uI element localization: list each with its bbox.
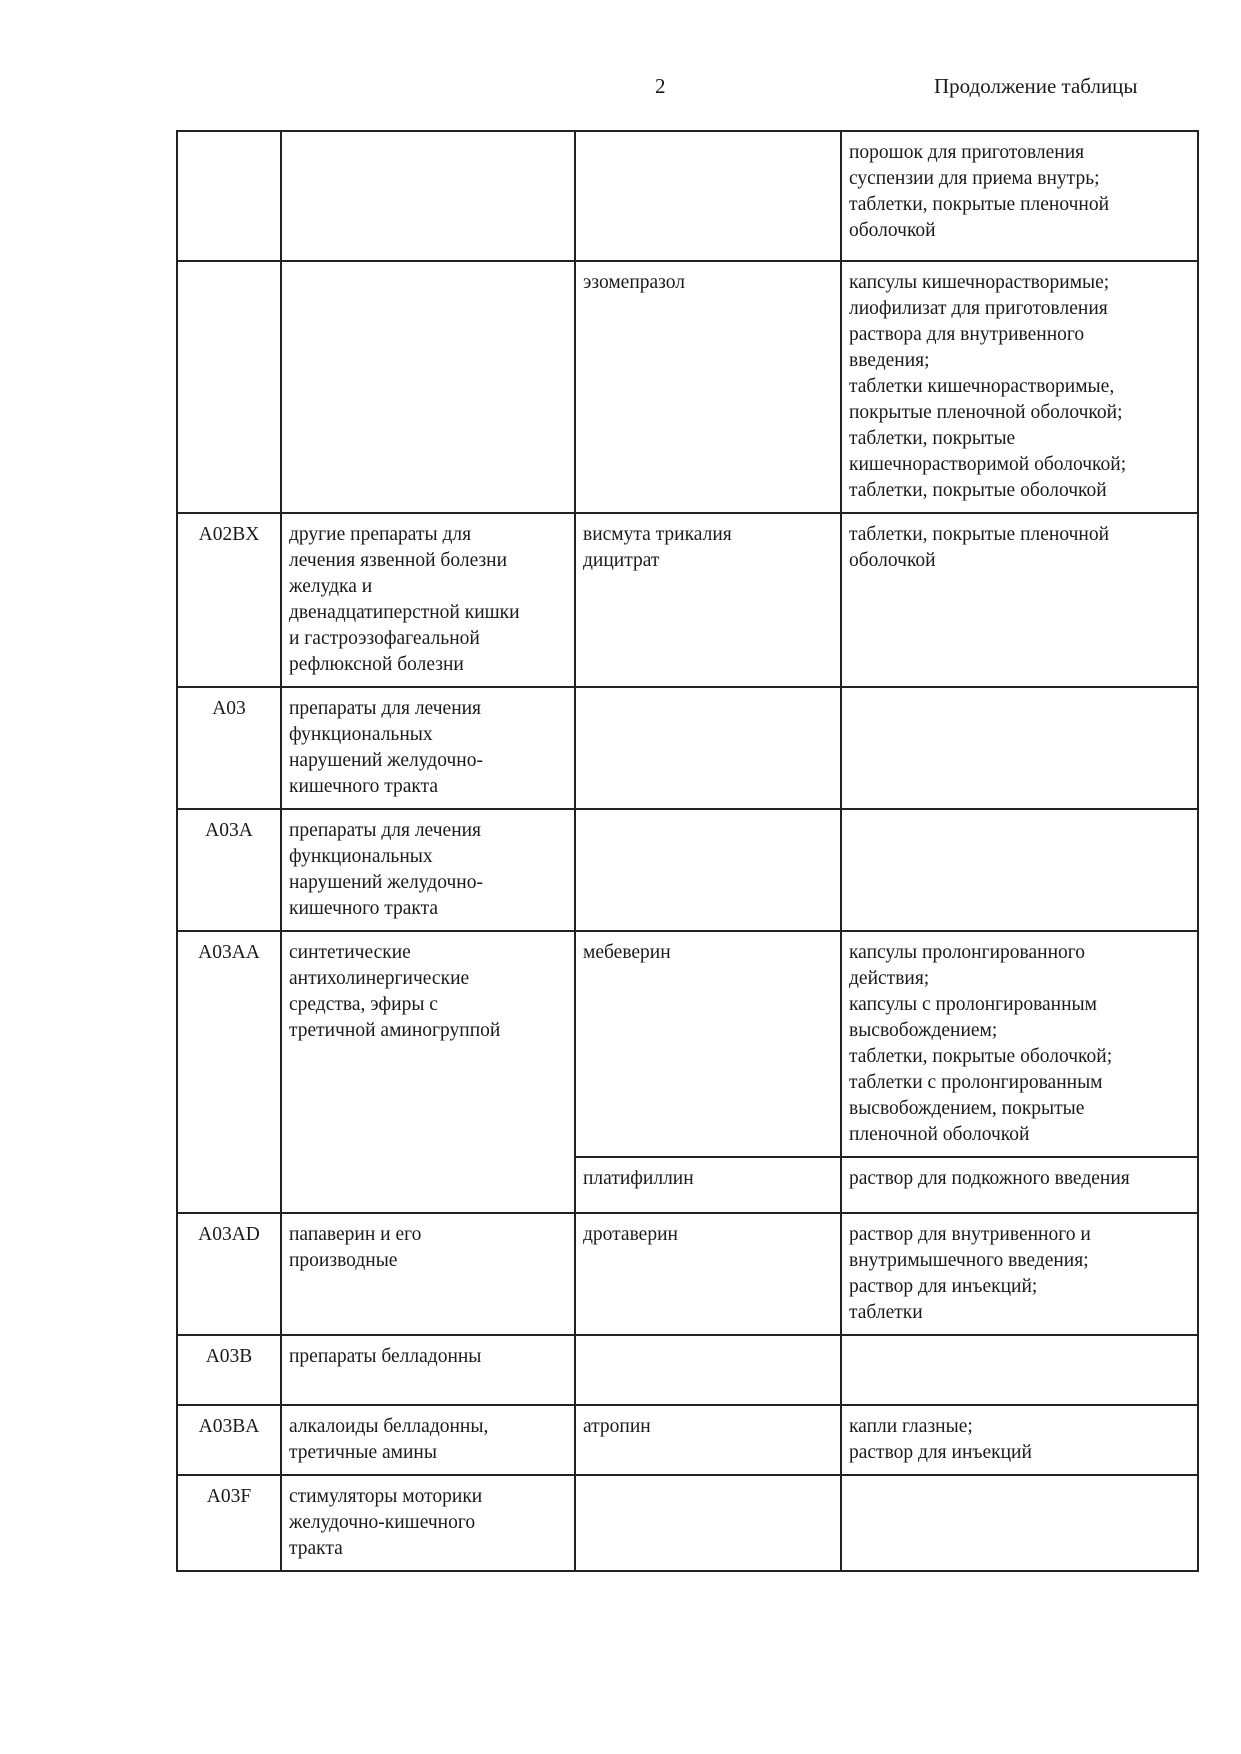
dosage-forms-cell: порошок для приготовлениясуспензии для п… — [841, 131, 1198, 261]
atc-code-cell: A03 — [177, 687, 281, 809]
atc-code-cell-text: A03AD — [185, 1222, 273, 1248]
drug-name-cell — [575, 131, 841, 261]
dosage-forms-cell-line: действия; — [849, 966, 1190, 992]
atc-code-cell: A02BX — [177, 513, 281, 687]
dosage-forms-cell-line: капсулы с пролонгированным — [849, 992, 1190, 1018]
atc-code-cell: A03A — [177, 809, 281, 931]
dosage-forms-cell-line: таблетки, покрытые пленочной — [849, 192, 1190, 218]
dosage-forms-cell-line: высвобождением; — [849, 1018, 1190, 1044]
atc-group-cell-line: препараты для лечения — [289, 818, 567, 844]
atc-code-cell-text: A03 — [185, 696, 273, 722]
dosage-forms-cell-line: суспензии для приема внутрь; — [849, 166, 1190, 192]
drug-name-cell: атропин — [575, 1405, 841, 1475]
atc-group-cell: синтетическиеантихолинергическиесредства… — [281, 931, 575, 1213]
dosage-forms-cell: раствор для внутривенного ивнутримышечно… — [841, 1213, 1198, 1335]
table-row: эзомепразолкапсулы кишечнорастворимые;ли… — [177, 261, 1198, 513]
dosage-forms-cell-line: раствор для внутривенного и — [849, 1222, 1190, 1248]
dosage-forms-cell — [841, 1335, 1198, 1405]
dosage-forms-cell-line: введения; — [849, 348, 1190, 374]
atc-group-cell — [281, 261, 575, 513]
table-row: порошок для приготовлениясуспензии для п… — [177, 131, 1198, 261]
drug-name-cell-line: дицитрат — [583, 548, 833, 574]
atc-code-cell: A03AD — [177, 1213, 281, 1335]
atc-code-cell: A03BA — [177, 1405, 281, 1475]
drug-name-cell — [575, 809, 841, 931]
dosage-forms-cell-line: капли глазные; — [849, 1414, 1190, 1440]
atc-group-cell-line: желудка и — [289, 574, 567, 600]
atc-group-cell-line: тракта — [289, 1536, 567, 1562]
atc-group-cell-line: препараты белладонны — [289, 1344, 567, 1370]
dosage-forms-cell-line: раствор для подкожного введения — [849, 1166, 1190, 1192]
drug-name-cell: эзомепразол — [575, 261, 841, 513]
dosage-forms-cell: капсулы кишечнорастворимые;лиофилизат дл… — [841, 261, 1198, 513]
atc-group-cell-line: нарушений желудочно- — [289, 748, 567, 774]
atc-code-cell: A03F — [177, 1475, 281, 1571]
dosage-forms-cell-line: таблетки, покрытые — [849, 426, 1190, 452]
atc-group-cell-line: синтетические — [289, 940, 567, 966]
drug-name-cell: платифиллин — [575, 1157, 841, 1213]
drug-name-cell — [575, 1475, 841, 1571]
drug-name-cell: висмута трикалиядицитрат — [575, 513, 841, 687]
dosage-forms-cell — [841, 809, 1198, 931]
drug-name-cell — [575, 687, 841, 809]
atc-group-cell-line: желудочно-кишечного — [289, 1510, 567, 1536]
atc-group-cell-line: кишечного тракта — [289, 896, 567, 922]
dosage-forms-cell-line: покрытые пленочной оболочкой; — [849, 400, 1190, 426]
table-row: A03Fстимуляторы моторикижелудочно-кишечн… — [177, 1475, 1198, 1571]
atc-code-cell-text: A02BX — [185, 522, 273, 548]
dosage-forms-cell: капли глазные;раствор для инъекций — [841, 1405, 1198, 1475]
atc-group-cell: другие препараты длялечения язвенной бол… — [281, 513, 575, 687]
drug-name-cell-line: эзомепразол — [583, 270, 833, 296]
drug-name-cell-line: мебеверин — [583, 940, 833, 966]
atc-group-cell — [281, 131, 575, 261]
atc-group-cell-line: антихолинергические — [289, 966, 567, 992]
atc-group-cell: препараты для леченияфункциональныхнаруш… — [281, 809, 575, 931]
atc-group-cell-line: стимуляторы моторики — [289, 1484, 567, 1510]
dosage-forms-cell-line: пленочной оболочкой — [849, 1122, 1190, 1148]
atc-group-cell-line: алкалоиды белладонны, — [289, 1414, 567, 1440]
dosage-forms-cell-line: раствор для инъекций — [849, 1440, 1190, 1466]
dosage-forms-cell-line: таблетки с пролонгированным — [849, 1070, 1190, 1096]
atc-group-cell: папаверин и егопроизводные — [281, 1213, 575, 1335]
dosage-forms-cell-line: лиофилизат для приготовления — [849, 296, 1190, 322]
atc-code-cell-text: A03F — [185, 1484, 273, 1510]
table-row: A03ADпапаверин и егопроизводныедротавери… — [177, 1213, 1198, 1335]
dosage-forms-cell: раствор для подкожного введения — [841, 1157, 1198, 1213]
dosage-forms-cell-line: оболочкой — [849, 218, 1190, 244]
atc-group-cell-line: папаверин и его — [289, 1222, 567, 1248]
dosage-forms-cell — [841, 1475, 1198, 1571]
dosage-forms-cell-line: кишечнорастворимой оболочкой; — [849, 452, 1190, 478]
atc-group-cell: алкалоиды белладонны,третичные амины — [281, 1405, 575, 1475]
table-row: A03AAсинтетическиеантихолинергическиесре… — [177, 931, 1198, 1157]
dosage-forms-cell-line: капсулы пролонгированного — [849, 940, 1190, 966]
dosage-forms-cell-line: таблетки, покрытые оболочкой; — [849, 1044, 1190, 1070]
dosage-forms-cell: капсулы пролонгированногодействия;капсул… — [841, 931, 1198, 1157]
table-row: A03BAалкалоиды белладонны,третичные амин… — [177, 1405, 1198, 1475]
table-continuation-label: Продолжение таблицы — [934, 74, 1138, 99]
drug-table: порошок для приготовлениясуспензии для п… — [176, 130, 1199, 1572]
drug-name-cell-line: атропин — [583, 1414, 833, 1440]
atc-group-cell-line: препараты для лечения — [289, 696, 567, 722]
table-row: A03препараты для леченияфункциональныхна… — [177, 687, 1198, 809]
dosage-forms-cell: таблетки, покрытые пленочнойоболочкой — [841, 513, 1198, 687]
atc-code-cell-text: A03BA — [185, 1414, 273, 1440]
dosage-forms-cell-line: оболочкой — [849, 548, 1190, 574]
dosage-forms-cell-line: таблетки — [849, 1300, 1190, 1326]
atc-code-cell-text: A03A — [185, 818, 273, 844]
drug-name-cell-line: дротаверин — [583, 1222, 833, 1248]
atc-code-cell — [177, 261, 281, 513]
atc-group-cell-line: средства, эфиры с — [289, 992, 567, 1018]
atc-group-cell-line: рефлюксной болезни — [289, 652, 567, 678]
atc-code-cell — [177, 131, 281, 261]
atc-group-cell: препараты для леченияфункциональныхнаруш… — [281, 687, 575, 809]
atc-group-cell-line: третичной аминогруппой — [289, 1018, 567, 1044]
atc-group-cell-line: функциональных — [289, 722, 567, 748]
dosage-forms-cell-line: порошок для приготовления — [849, 140, 1190, 166]
drug-name-cell: мебеверин — [575, 931, 841, 1157]
dosage-forms-cell — [841, 687, 1198, 809]
table-row: A03Bпрепараты белладонны — [177, 1335, 1198, 1405]
dosage-forms-cell-line: высвобождением, покрытые — [849, 1096, 1190, 1122]
atc-group-cell-line: нарушений желудочно- — [289, 870, 567, 896]
dosage-forms-cell-line: раствор для инъекций; — [849, 1274, 1190, 1300]
atc-group-cell-line: производные — [289, 1248, 567, 1274]
dosage-forms-cell-line: таблетки, покрытые пленочной — [849, 522, 1190, 548]
drug-name-cell-line: висмута трикалия — [583, 522, 833, 548]
dosage-forms-cell-line: внутримышечного введения; — [849, 1248, 1190, 1274]
dosage-forms-cell-line: капсулы кишечнорастворимые; — [849, 270, 1190, 296]
drug-name-cell-line: платифиллин — [583, 1166, 833, 1192]
atc-group-cell-line: двенадцатиперстной кишки — [289, 600, 567, 626]
dosage-forms-cell-line: раствора для внутривенного — [849, 322, 1190, 348]
drug-name-cell — [575, 1335, 841, 1405]
atc-code-cell: A03B — [177, 1335, 281, 1405]
atc-group-cell-line: третичные амины — [289, 1440, 567, 1466]
dosage-forms-cell-line: таблетки, покрытые оболочкой — [849, 478, 1190, 504]
atc-group-cell-line: другие препараты для — [289, 522, 567, 548]
atc-group-cell-line: кишечного тракта — [289, 774, 567, 800]
atc-group-cell: препараты белладонны — [281, 1335, 575, 1405]
page-number: 2 — [655, 74, 666, 99]
dosage-forms-cell-line: таблетки кишечнорастворимые, — [849, 374, 1190, 400]
atc-group-cell-line: и гастроэзофагеальной — [289, 626, 567, 652]
drug-name-cell: дротаверин — [575, 1213, 841, 1335]
table-row: A02BXдругие препараты длялечения язвенно… — [177, 513, 1198, 687]
atc-group-cell: стимуляторы моторикижелудочно-кишечногот… — [281, 1475, 575, 1571]
atc-group-cell-line: лечения язвенной болезни — [289, 548, 567, 574]
atc-group-cell-line: функциональных — [289, 844, 567, 870]
atc-code-cell: A03AA — [177, 931, 281, 1213]
atc-code-cell-text: A03B — [185, 1344, 273, 1370]
table-row: A03Aпрепараты для леченияфункциональныхн… — [177, 809, 1198, 931]
atc-code-cell-text: A03AA — [185, 940, 273, 966]
